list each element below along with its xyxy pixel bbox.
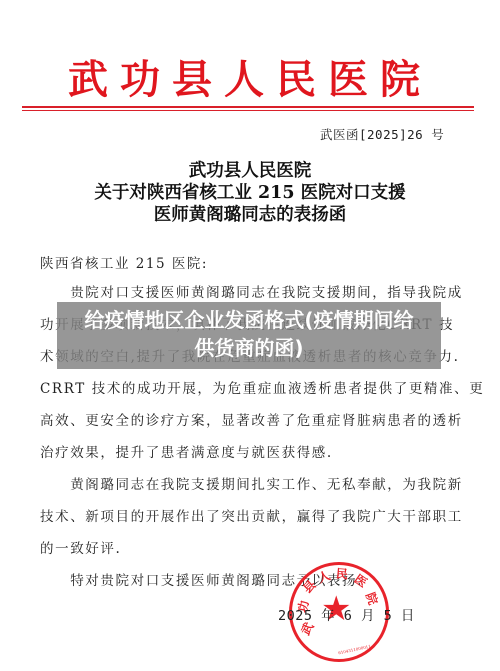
- overlay-title-line-2: 供货商的函): [57, 334, 441, 362]
- body-line: 技术、新项目的开展作出了突出贡献，赢得了我院广大干部职工: [40, 508, 460, 526]
- body-line: 治疗效果，提升了患者满意度与就医获得感.: [40, 444, 460, 462]
- letterhead-red-rule-thin: [22, 110, 474, 111]
- title-line-1: 武功县人民医院: [0, 160, 500, 182]
- letterhead-red-rule: [22, 106, 474, 108]
- addressee: 陕西省核工业 215 医院:: [40, 252, 208, 272]
- seal-char: 民: [335, 565, 348, 583]
- overlay-title[interactable]: 给疫情地区企业发函格式(疫情期间给 供货商的函): [57, 306, 441, 362]
- body-line: 的一致好评.: [40, 540, 460, 558]
- body-line: 特对贵院对口支援医师黄阁璐同志予以表扬.: [40, 572, 460, 590]
- body-line: 贵院对口支援医师黄阁璐同志在我院支援期间，指导我院成: [40, 284, 460, 302]
- body-line: CRRT 技术的成功开展，为危重症血液透析患者提供了更精准、更: [40, 380, 460, 398]
- signature-date: 2025 年 6 月 5 日: [278, 604, 415, 624]
- document-title: 武功县人民医院 关于对陕西省核工业 215 医院对口支援 医师黄阁璐同志的表扬函: [0, 160, 500, 226]
- overlay-title-line-1: 给疫情地区企业发函格式(疫情期间给: [57, 306, 441, 334]
- document-number: 武医函[2025]26 号: [320, 125, 444, 143]
- title-line-3: 医师黄阁璐同志的表扬函: [0, 204, 500, 226]
- letterhead-org-name: 武功县人民医院: [0, 58, 500, 102]
- body-line: 高效、更安全的诊疗方案，显著改善了危重症肾脏病患者的透析: [40, 412, 460, 430]
- body-line: 黄阁璐同志在我院支援期间扎实工作、无私奉献，为我院新: [40, 476, 460, 494]
- title-line-2: 关于对陕西省核工业 215 医院对口支援: [0, 182, 500, 204]
